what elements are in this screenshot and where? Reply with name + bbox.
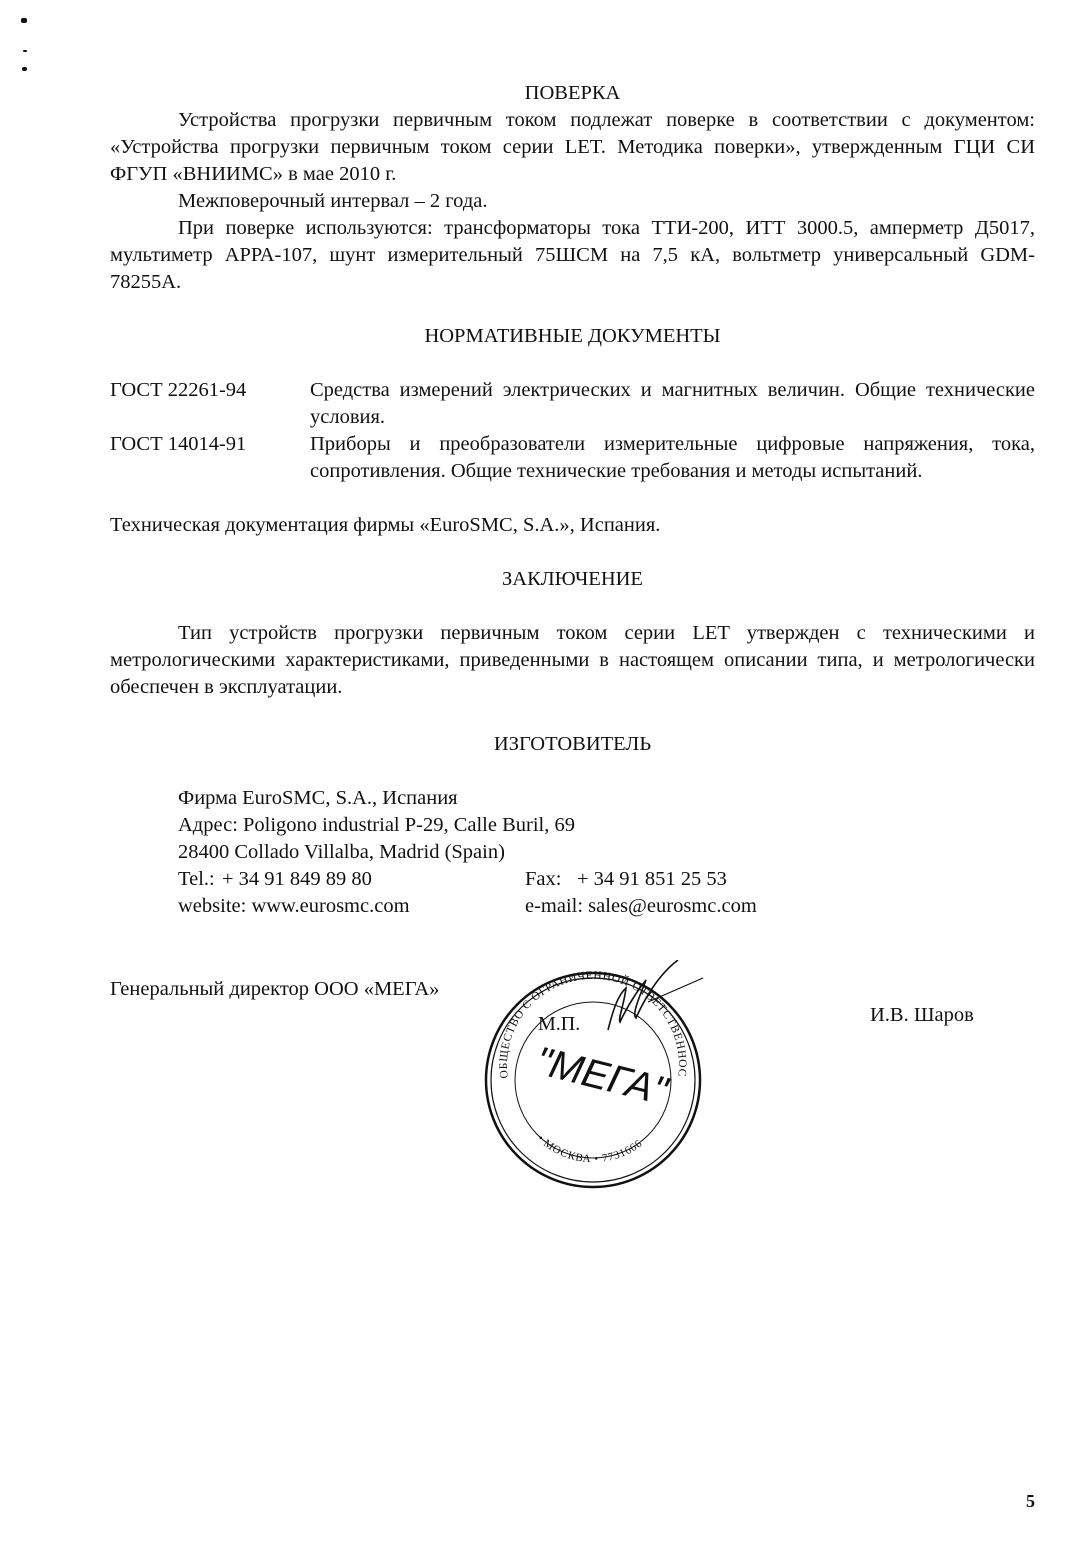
section-heading-manufacturer: ИЗГОТОВИТЕЛЬ bbox=[110, 731, 1035, 758]
manufacturer-address-line-1: Адрес: Poligono industrial P-29, Calle B… bbox=[178, 812, 575, 839]
manufacturer-tel: Tel.:+ 34 91 849 89 80 bbox=[178, 866, 372, 893]
svg-text:• МОСКВА • 7731666: • МОСКВА • 7731666 bbox=[535, 1133, 645, 1166]
fax-label: Fax: bbox=[525, 866, 577, 893]
manufacturer-address-line-2: 28400 Collado Villalba, Madrid (Spain) bbox=[178, 839, 505, 866]
verification-paragraph-equipment: При поверке используются: трансформаторы… bbox=[110, 215, 1035, 296]
normative-description: Средства измерений электрических и магни… bbox=[310, 377, 1035, 431]
fax-value: + 34 91 851 25 53 bbox=[577, 868, 727, 890]
tel-value: + 34 91 849 89 80 bbox=[222, 868, 372, 890]
scan-mark-dot bbox=[21, 18, 27, 23]
tel-label: Tel.: bbox=[178, 866, 222, 893]
section-heading-conclusion: ЗАКЛЮЧЕНИЕ bbox=[110, 566, 1035, 593]
scan-mark-dot bbox=[22, 67, 27, 71]
section-heading-normative: НОРМАТИВНЫЕ ДОКУМЕНТЫ bbox=[110, 323, 1035, 350]
normative-code: ГОСТ 22261-94 bbox=[110, 377, 300, 404]
verification-paragraph-1: Устройства прогрузки первичным током под… bbox=[110, 107, 1035, 188]
document-page: ПОВЕРКА Устройства прогрузки первичным т… bbox=[0, 0, 1092, 1560]
svg-text:"МЕГА": "МЕГА" bbox=[531, 1039, 673, 1114]
manufacturer-company: Фирма EuroSMC, S.A., Испания bbox=[178, 785, 458, 812]
conclusion-paragraph: Тип устройств прогрузки первичным током … bbox=[110, 620, 1035, 701]
normative-description: Приборы и преобразователи измерительные … bbox=[310, 431, 1035, 485]
signatory-title: Генеральный директор ООО «МЕГА» bbox=[110, 976, 439, 1003]
section-heading-verification: ПОВЕРКА bbox=[110, 80, 1035, 107]
manufacturer-fax: Fax:+ 34 91 851 25 53 bbox=[525, 866, 727, 893]
svg-text:М.П.: М.П. bbox=[538, 1013, 580, 1035]
manufacturer-email: e-mail: sales@eurosmc.com bbox=[525, 893, 757, 920]
normative-code: ГОСТ 14014-91 bbox=[110, 431, 300, 458]
company-stamp: ОБЩЕСТВО С ОГРАНИЧЕННОЙ ОТВЕТСТВЕННОСТЬЮ… bbox=[478, 960, 708, 1195]
page-number: 5 bbox=[1026, 1488, 1035, 1515]
manufacturer-website: website: www.eurosmc.com bbox=[178, 893, 410, 920]
normative-footer: Техническая документация фирмы «EuroSMC,… bbox=[110, 512, 1035, 539]
signatory-name: И.В. Шаров bbox=[870, 1002, 974, 1029]
stamp-seal-icon: ОБЩЕСТВО С ОГРАНИЧЕННОЙ ОТВЕТСТВЕННОСТЬЮ… bbox=[478, 960, 708, 1195]
scan-mark-dash bbox=[23, 50, 27, 52]
verification-paragraph-interval: Межповерочный интервал – 2 года. bbox=[110, 188, 1035, 215]
